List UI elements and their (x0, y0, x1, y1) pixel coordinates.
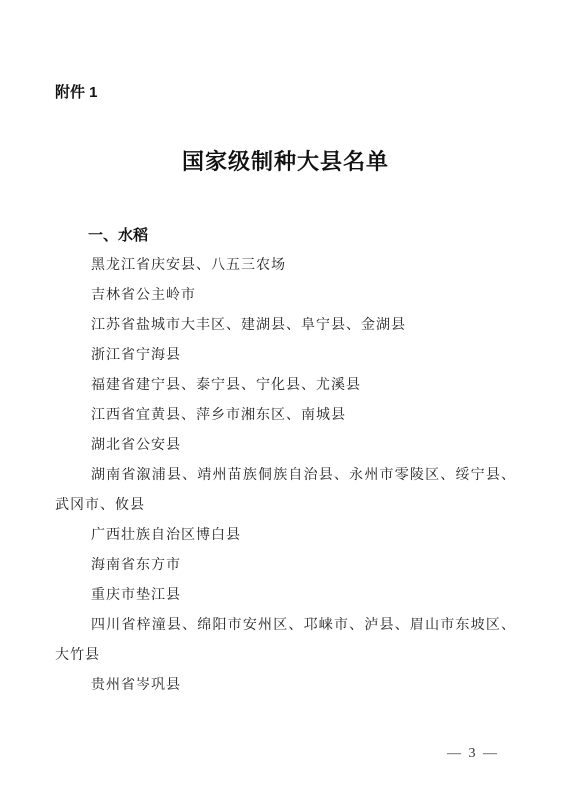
list-entry: 吉林省公主岭市 (55, 281, 516, 311)
list-entry: 湖南省溆浦县、靖州苗族侗族自治县、永州市零陵区、绥宁县、武冈市、攸县 (55, 461, 516, 521)
list-entry: 浙江省宁海县 (55, 341, 516, 371)
document-page: 附件 1 国家级制种大县名单 一、水稻 黑龙江省庆安县、八五三农场吉林省公主岭市… (0, 0, 571, 801)
list-entry: 海南省东方市 (55, 551, 516, 581)
entries-list: 黑龙江省庆安县、八五三农场吉林省公主岭市江苏省盐城市大丰区、建湖县、阜宁县、金湖… (55, 251, 516, 701)
list-entry: 福建省建宁县、泰宁县、宁化县、尤溪县 (55, 371, 516, 401)
section-heading-rice: 一、水稻 (55, 221, 516, 251)
list-entry: 黑龙江省庆安县、八五三农场 (55, 251, 516, 281)
list-entry: 贵州省岑巩县 (55, 671, 516, 701)
list-entry: 四川省梓潼县、绵阳市安州区、邛崃市、泸县、眉山市东坡区、大竹县 (55, 611, 516, 671)
document-title: 国家级制种大县名单 (55, 147, 516, 177)
list-entry: 江西省宜黄县、萍乡市湘东区、南城县 (55, 401, 516, 431)
list-entry: 江苏省盐城市大丰区、建湖县、阜宁县、金湖县 (55, 311, 516, 341)
list-entry: 重庆市垫江县 (55, 581, 516, 611)
attachment-label: 附件 1 (55, 0, 516, 103)
list-entry: 湖北省公安县 (55, 431, 516, 461)
list-entry: 广西壮族自治区博白县 (55, 521, 516, 551)
page-number: — 3 — (447, 746, 499, 762)
